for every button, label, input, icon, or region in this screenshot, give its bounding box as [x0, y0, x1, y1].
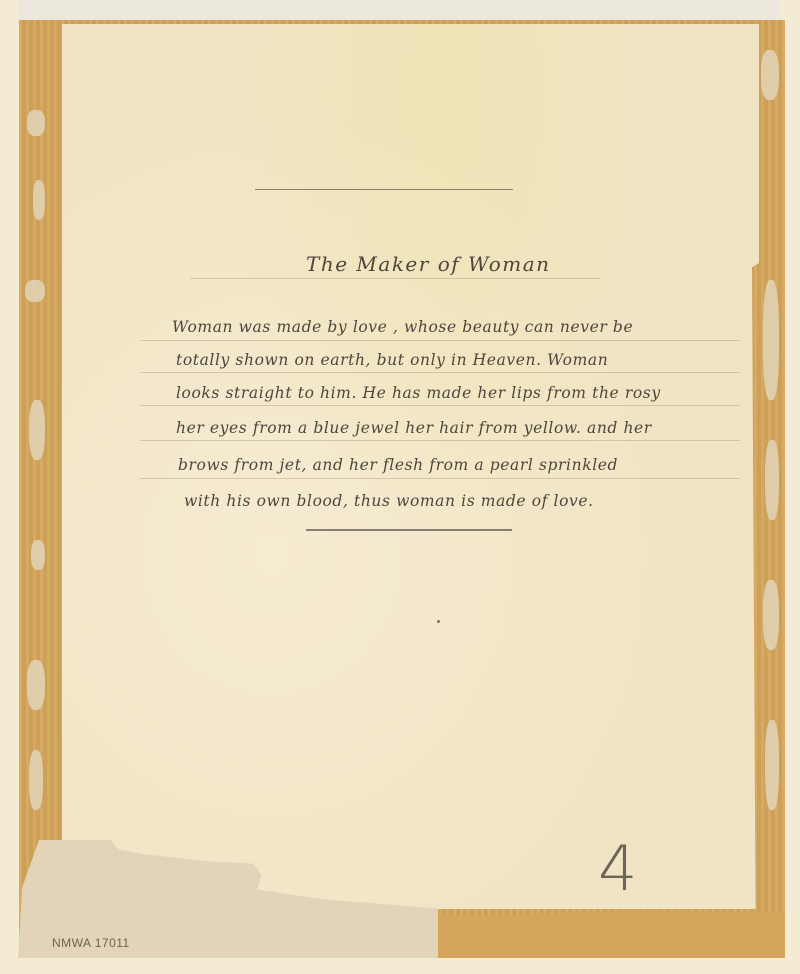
document-title: The Maker of Woman [306, 252, 551, 276]
guide-line [140, 405, 740, 406]
text-line: looks straight to him. He has made her l… [176, 384, 661, 402]
page-number: 4 [598, 838, 637, 900]
tape-fleck [761, 50, 779, 100]
guide-line [140, 340, 740, 341]
tape-fleck [33, 180, 45, 220]
tape-fleck [29, 400, 45, 460]
tape-fleck [31, 540, 45, 570]
text-line: brows from jet, and her flesh from a pea… [178, 456, 618, 474]
tape-fleck [27, 660, 45, 710]
text-line: totally shown on earth, but only in Heav… [176, 351, 608, 369]
top-rule-line [255, 189, 513, 190]
tape-fleck [29, 750, 43, 810]
accession-number: NMWA 17011 [52, 936, 130, 950]
tape-fleck [27, 110, 45, 136]
closing-rule-line [306, 529, 512, 531]
tape-fleck [763, 280, 779, 400]
guide-line [140, 478, 740, 479]
text-line: with his own blood, thus woman is made o… [184, 492, 594, 510]
tape-fleck [763, 580, 779, 650]
title-guide-line [190, 278, 600, 279]
pencil-mark [437, 620, 440, 623]
text-line: Woman was made by love , whose beauty ca… [172, 318, 633, 336]
tape-fleck [25, 280, 45, 302]
tape-fleck [765, 440, 779, 520]
top-mount-strip [18, 0, 780, 22]
text-line: her eyes from a blue jewel her hair from… [176, 419, 652, 437]
guide-line [140, 372, 740, 373]
tape-fleck [765, 720, 779, 810]
guide-line [140, 440, 740, 441]
